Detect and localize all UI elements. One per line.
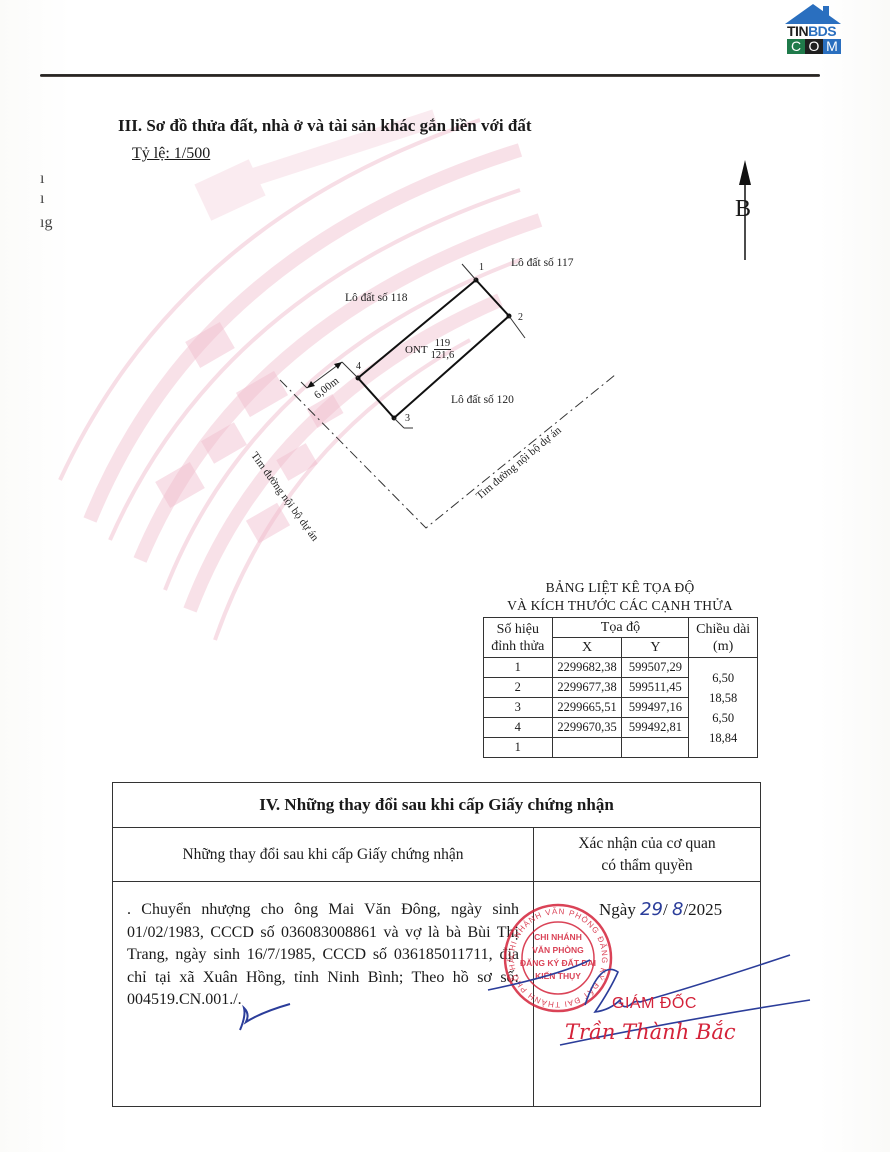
header-y: Y — [622, 638, 689, 658]
table-row: 1 2299682,38 599507,29 6,50 18,58 6,50 1… — [484, 658, 758, 678]
handwritten-month: 8 — [672, 899, 683, 920]
land-use-code: ONT — [405, 344, 428, 356]
north-label: B — [735, 196, 751, 223]
header-x: X — [552, 638, 622, 658]
edge-length: 6,50 — [689, 708, 757, 728]
parcel-number: 119 — [434, 338, 451, 350]
certificate-page: TINBDS C O M ı ı ıg III. Sơ đồ thửa đất,… — [0, 0, 890, 1152]
vertex-label-3: 3 — [405, 413, 410, 424]
coordinate-table: Số hiệu đỉnh thửa Tọa độ Chiều dài (m) X… — [483, 617, 758, 758]
edge-lengths: 6,50 18,58 6,50 18,84 — [689, 658, 758, 758]
parcel-area: 121,6 — [431, 350, 455, 361]
section-4-changes: IV. Những thay đổi sau khi cấp Giấy chứn… — [112, 782, 761, 1107]
neighbor-lot-118: Lô đất số 118 — [345, 292, 408, 304]
vertex-label-2: 2 — [518, 312, 523, 323]
coordinate-table-title-1: BẢNG LIỆT KÊ TỌA ĐỘ — [470, 580, 770, 596]
coordinate-table-title-2: VÀ KÍCH THƯỚC CÁC CẠNH THỬA — [470, 598, 770, 614]
header-coordinates: Tọa độ — [552, 618, 689, 638]
signer-title: GIÁM ĐỐC — [612, 995, 697, 1013]
section-4-title: IV. Những thay đổi sau khi cấp Giấy chứn… — [113, 783, 760, 828]
vertex-label-1: 1 — [479, 262, 484, 273]
parcel-diagram — [0, 0, 890, 560]
handwritten-day: 29 — [640, 899, 663, 920]
header-vertex: Số hiệu đỉnh thửa — [484, 618, 553, 658]
changes-column-header: Những thay đổi sau khi cấp Giấy chứng nh… — [113, 828, 534, 882]
transfer-description: . Chuyển nhượng cho ông Mai Văn Đông, ng… — [127, 899, 519, 1012]
edge-length: 18,84 — [689, 728, 757, 748]
signer-name: Trần Thành Bắc — [565, 1020, 736, 1044]
neighbor-lot-120: Lô đất số 120 — [451, 394, 514, 406]
header-length: Chiều dài (m) — [689, 618, 758, 658]
column-divider — [533, 881, 534, 1106]
parcel-label: ONT 119 121,6 — [405, 338, 454, 361]
edge-length: 18,58 — [689, 688, 757, 708]
confirmation-date: Ngày 29/ 8/2025 — [599, 899, 722, 920]
neighbor-lot-117: Lô đất số 117 — [511, 257, 574, 269]
confirmation-column-header: Xác nhận của cơ quan có thẩm quyền — [534, 828, 760, 882]
edge-length: 6,50 — [689, 668, 757, 688]
vertex-label-4: 4 — [356, 361, 361, 372]
